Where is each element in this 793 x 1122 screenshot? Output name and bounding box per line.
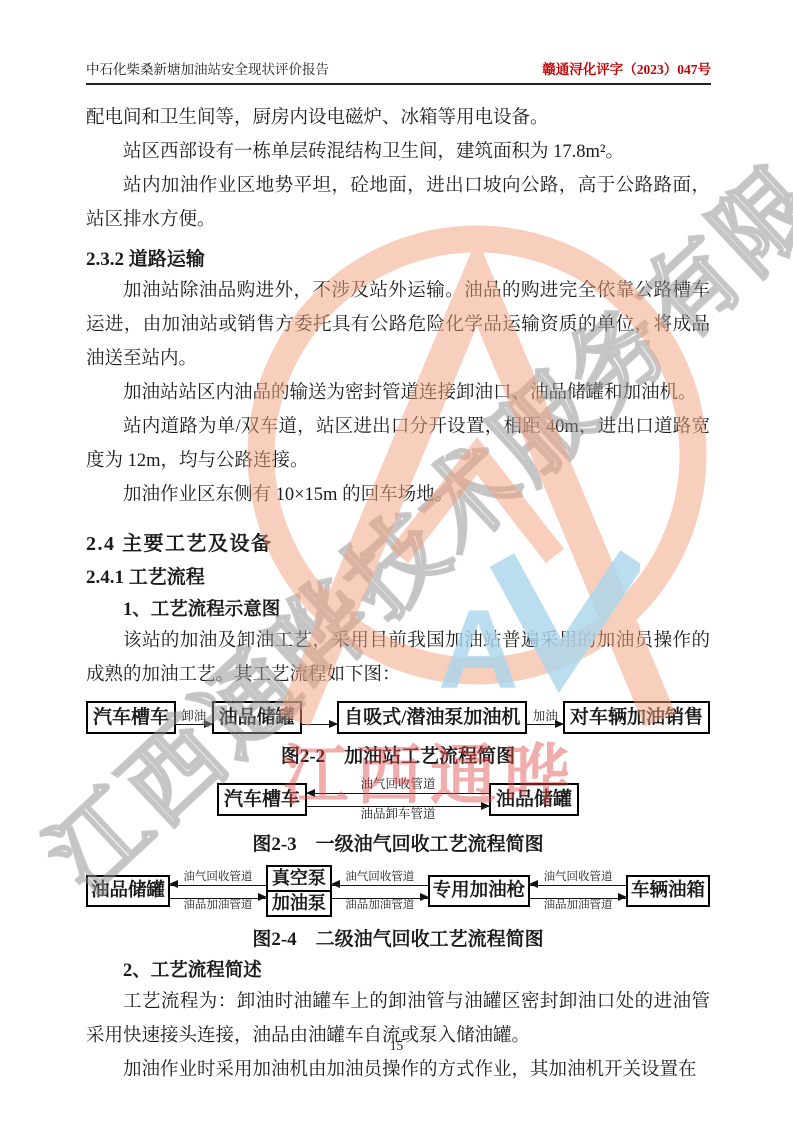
flow-box: 汽车槽车 [217,783,307,816]
arrow-right-icon [302,724,338,725]
flow-box: 专用加油枪 [428,875,531,907]
arrow-left-icon [170,885,266,886]
figure-2-3-caption: 图2-3 一级油气回收工艺流程简图 [86,829,710,856]
arrow-label: 加油 [533,710,558,723]
flow-connector: 油气回收管道 油品加油管道 [170,871,266,912]
subsection-heading-2: 2、工艺流程简述 [86,956,710,982]
pump-cell: 加油泵 [268,890,330,915]
arrow-right-icon [176,724,212,725]
pipe-label: 油气回收管道 [183,871,252,884]
flow-connector: 油气回收管道 油品加油管道 [332,871,428,912]
arrow-right-icon [307,806,489,807]
figure-2-2-flow-diagram: 汽车槽车 卸油 油品储罐 自吸式/潜油泵加油机 加油 对车辆加油销售 [86,701,710,734]
pipe-label: 油品加油管道 [544,899,613,912]
flow-arrow: 加油 [527,710,563,725]
section-heading-2-3-2: 2.3.2 道路运输 [86,244,710,271]
pipe-label: 油品卸车管道 [360,807,435,822]
arrow-right-icon [170,898,266,899]
arrow-label: 卸油 [181,710,206,723]
flow-box: 对车辆加油销售 [563,701,710,734]
arrow-right-icon [332,898,428,899]
body-paragraph: 该站的加油及卸油工艺，采用目前我国加油站普遍采用的加油员操作的成熟的加油工艺。其… [86,624,710,692]
report-page: 江西通晔技术服务有限公司 A 江西通晔 中石化柴桑新塘加油站安全现状评价报告 赣… [0,0,793,1122]
arrow-left-icon [332,885,428,886]
flow-box: 油品储罐 [86,875,170,907]
body-paragraph: 配电间和卫生间等，厨房内设电磁炉、冰箱等用电设备。 [86,101,710,135]
pump-cell: 真空泵 [268,867,330,890]
arrow-left-icon [307,793,489,794]
pipe-label: 油气回收管道 [360,777,435,792]
pipe-label: 油品加油管道 [345,899,414,912]
flow-connector: 油气回收管道 油品加油管道 [530,871,626,912]
body-paragraph: 加油作业时采用加油机由加油员操作的方式作业，其加油机开关设置在 [86,1053,710,1087]
flow-box: 油品储罐 [489,783,579,816]
page-number: 15 [0,1038,793,1054]
body-paragraph: 加油作业区东侧有 10×15m 的回车场地。 [86,478,710,512]
flow-box: 油品储罐 [212,701,302,734]
body-paragraph: 站区西部设有一栋单层砖混结构卫生间，建筑面积为 17.8m²。 [86,135,710,169]
flow-box: 车辆油箱 [626,875,710,907]
flow-arrow: 卸油 [176,710,212,725]
flow-box-pumps: 真空泵 加油泵 [266,865,332,917]
flow-connector: 油气回收管道 油品卸车管道 [307,777,489,822]
pipe-label: 油气回收管道 [544,871,613,884]
figure-2-4-caption: 图2-4 二级油气回收工艺流程简图 [86,924,710,951]
section-heading-2-4: 2.4 主要工艺及设备 [86,527,710,556]
figure-2-3-flow-diagram: 汽车槽车 油气回收管道 油品卸车管道 油品储罐 [86,777,710,822]
page-content: 配电间和卫生间等，厨房内设电磁炉、冰箱等用电设备。 站区西部设有一栋单层砖混结构… [86,101,710,1087]
body-paragraph: 站内加油作业区地势平坦，砼地面，进出口坡向公路，高于公路路面，站区排水方便。 [86,169,710,237]
arrow-right-icon [530,898,626,899]
body-paragraph: 站内道路为单/双车道，站区进出口分开设置，相距 40m，进出口道路宽度为 12m… [86,410,710,478]
flow-box: 汽车槽车 [86,701,176,734]
flow-arrow [302,710,338,725]
page-header: 中石化柴桑新塘加油站安全现状评价报告 赣通浔化评字（2023）047号 [86,58,711,85]
figure-2-2-caption: 图2-2 加油站工艺流程简图 [86,741,710,768]
body-paragraph: 加油站除油品购进外，不涉及站外运输。油品的购进完全依靠公路槽车运进，由加油站或销… [86,274,710,376]
section-heading-2-4-1: 2.4.1 工艺流程 [86,562,710,589]
flow-box: 自吸式/潜油泵加油机 [337,701,527,734]
pipe-label: 油气回收管道 [345,871,414,884]
header-report-title: 中石化柴桑新塘加油站安全现状评价报告 [86,58,329,78]
header-doc-number: 赣通浔化评字（2023）047号 [542,58,711,78]
figure-2-4-flow-diagram: 油品储罐 油气回收管道 油品加油管道 真空泵 加油泵 油气回收管道 油品加油管道… [86,865,710,917]
pipe-label: 油品加油管道 [183,899,252,912]
body-paragraph: 加油站站区内油品的输送为密封管道连接卸油口、油品储罐和加油机。 [86,376,710,410]
arrow-right-icon [527,724,563,725]
subsection-heading-1: 1、工艺流程示意图 [86,595,710,621]
arrow-left-icon [530,885,626,886]
